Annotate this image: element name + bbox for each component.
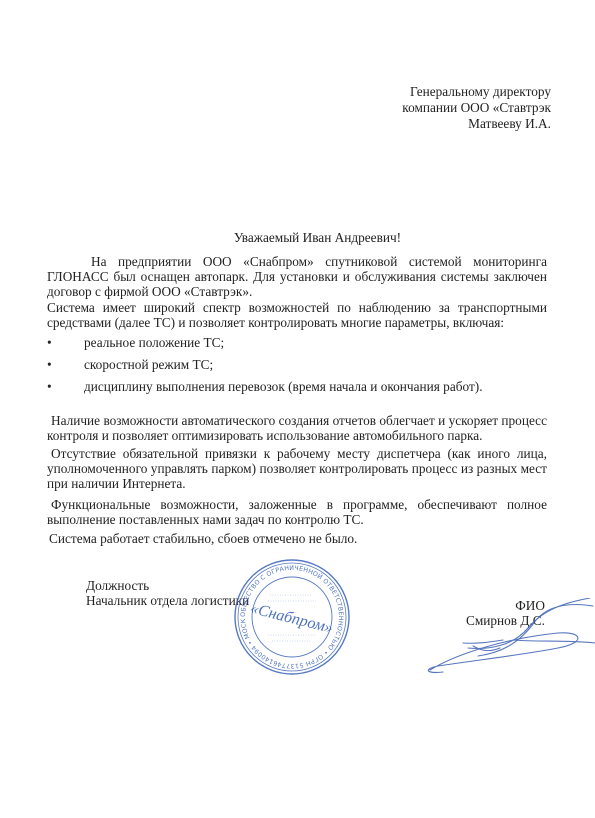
list-item-text: скоростной режим ТС; [84,357,213,372]
addressee-block: Генеральному директору компании ООО «Ста… [402,84,551,132]
addressee-name: Матвееву И.А. [402,116,551,132]
list-item: • реальное положение ТС; [47,335,547,357]
paragraph-intro: На предприятии ООО «Снабпром» спутниково… [47,254,547,299]
paragraph-stability: Система работает стабильно, сбоев отмече… [47,531,547,546]
list-item-text: реальное положение ТС; [84,335,224,350]
bullet-icon: • [47,379,52,394]
addressee-company: компании ООО «Ставтрэк [402,100,551,116]
handwritten-signature-icon [418,598,595,678]
list-item-text: дисциплину выполнения перевозок (время н… [84,379,483,394]
paragraph-functionality: Функциональные возможности, заложенные в… [47,497,547,527]
position-value: Начальник отдела логистики [86,593,249,608]
addressee-title: Генеральному директору [402,84,551,100]
company-stamp-icon: ОБЩЕСТВО С ОГРАНИЧЕННОЙ ОТВЕТСТВЕННОСТЬЮ… [232,557,352,677]
list-item: • дисциплину выполнения перевозок (время… [47,379,547,401]
letter-page: Генеральному директору компании ООО «Ста… [0,0,595,818]
bullet-icon: • [47,335,52,350]
salutation: Уважаемый Иван Андреевич! [0,230,595,246]
paragraph-capabilities: Система имеет широкий спектр возможносте… [47,300,547,330]
list-item: • скоростной режим ТС; [47,357,547,379]
bullet-icon: • [47,357,52,372]
paragraph-remote-access: Отсутствие обязательной привязки к рабоч… [47,446,547,491]
stamp-center-text: «Снабпром» [249,600,335,637]
position-block: Должность Начальник отдела логистики [86,578,249,608]
capabilities-list: • реальное положение ТС; • скоростной ре… [47,335,547,401]
paragraph-reports: Наличие возможности автоматического созд… [47,413,547,443]
position-label: Должность [86,578,249,593]
